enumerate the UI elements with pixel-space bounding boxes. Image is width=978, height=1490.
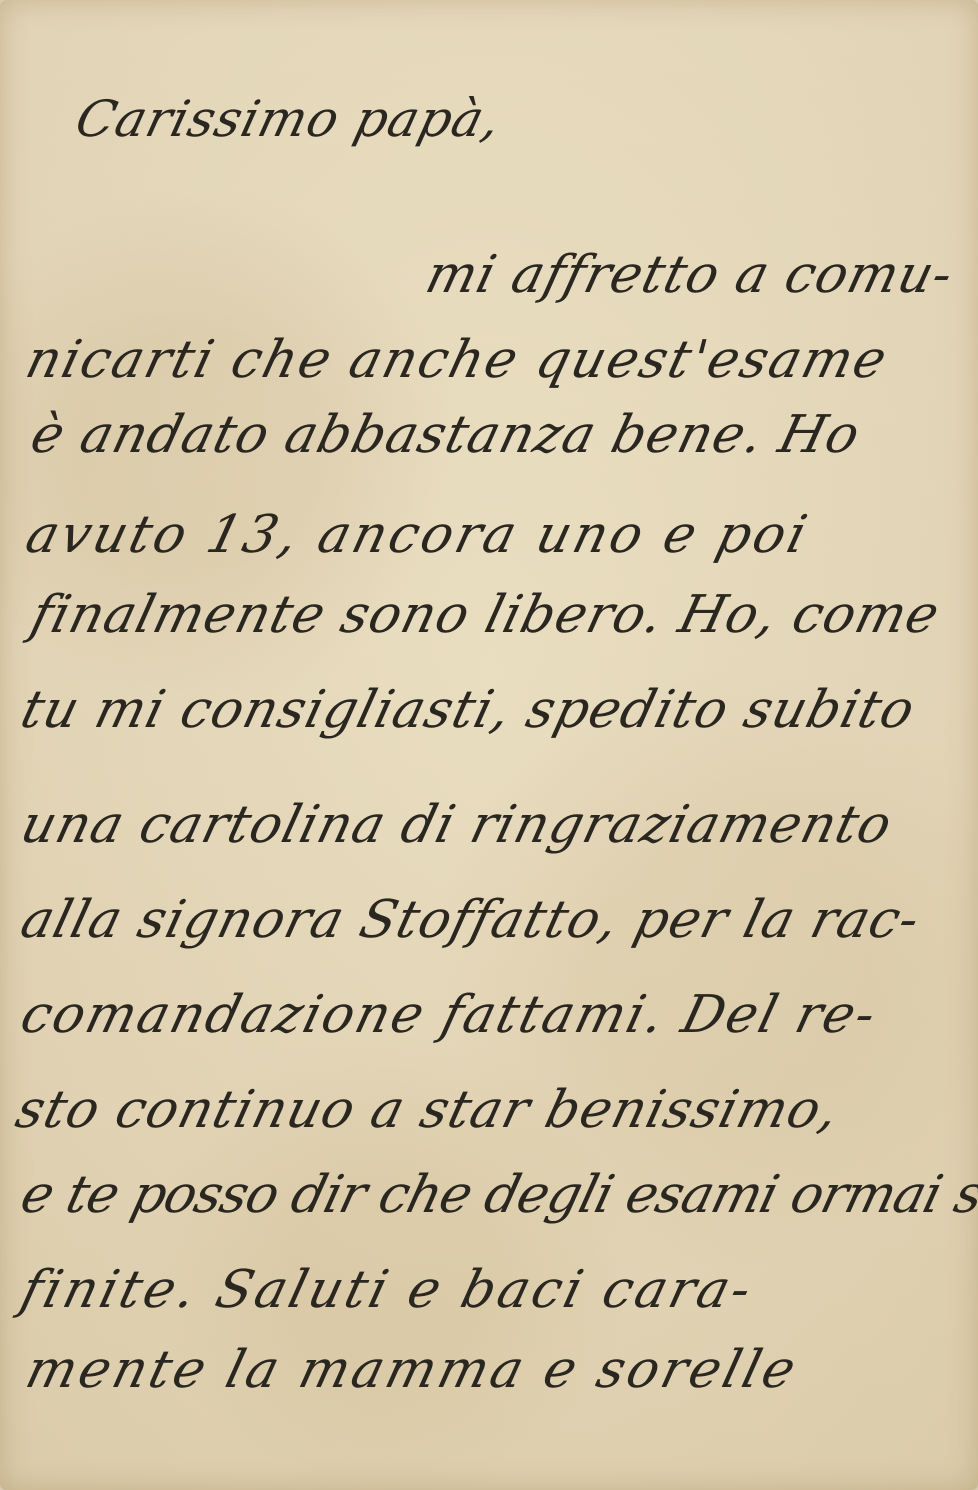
letter-line: finalmente sono libero. Ho, come <box>25 585 946 645</box>
letter-line: è andato abbastanza bene. Ho <box>25 405 866 465</box>
letter-line: alla signora Stoffatto, per la rac- <box>15 890 926 950</box>
letter-line: comandazione fattami. Del re- <box>15 985 883 1045</box>
letter-line: mi affretto a comu- <box>420 245 960 305</box>
letter-line: finite. Saluti e baci cara- <box>15 1260 760 1320</box>
letter-line: mente la mamma e sorelle <box>20 1340 804 1400</box>
letter-greeting: Carissimo papà, <box>70 90 508 148</box>
letter-line: avuto 13, ancora uno e poi <box>20 505 815 565</box>
letter-line: nicarti che anche quest'esame <box>20 330 894 390</box>
letter-line: sto continuo a star benissimo, <box>10 1080 845 1140</box>
letter-line: una cartolina di ringraziamento <box>15 795 898 855</box>
letter-line: e te posso dir che degli esami ormai son… <box>15 1165 978 1225</box>
letter-line: tu mi consigliasti, spedito subito <box>15 680 921 740</box>
letter-paper: Carissimo papà, mi affretto a comu- nica… <box>0 0 978 1490</box>
